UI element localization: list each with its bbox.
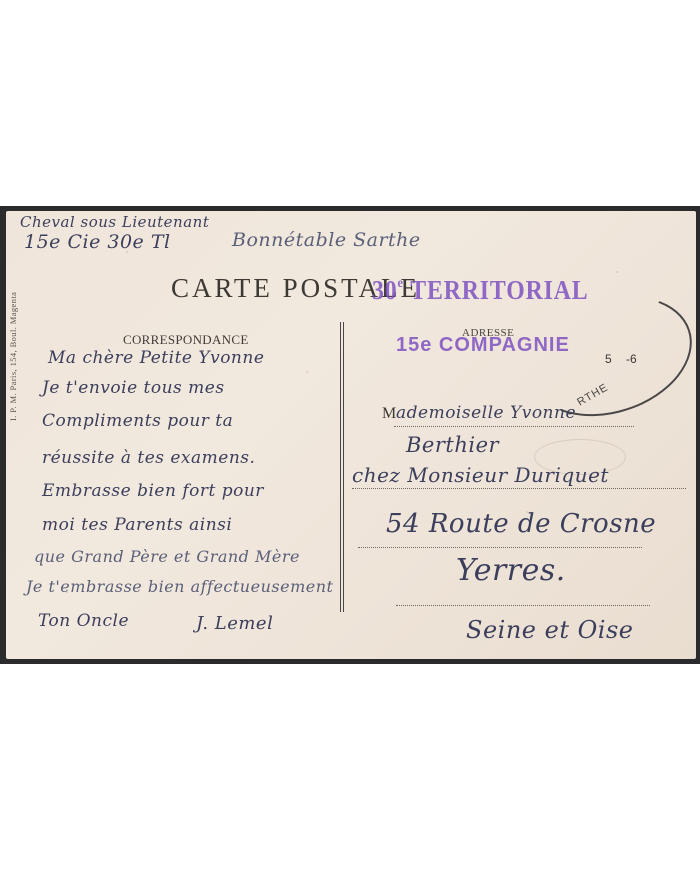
message-line: Je t'envoie tous mes	[42, 378, 225, 398]
sender-unit-note: 15e Cie 30e Tl	[24, 231, 171, 253]
message-line: moi tes Parents ainsi	[42, 515, 232, 535]
address-dotted-line	[394, 426, 634, 427]
postcard: Cheval sous Lieutenant 15e Cie 30e Tl Bo…	[0, 206, 700, 664]
message-line: réussite à tes examens.	[42, 448, 255, 468]
divider-line	[340, 322, 344, 612]
address-line: Seine et Oise	[466, 616, 633, 644]
message-line: que Grand Père et Grand Mère	[34, 547, 300, 566]
correspondence-label: CORRESPONDANCE	[123, 332, 249, 348]
postmark-month: -6	[626, 352, 637, 366]
postmark-day: 5	[605, 352, 612, 366]
message-line: Compliments pour ta	[42, 411, 233, 431]
address-dotted-line	[358, 547, 642, 548]
address-dotted-line	[396, 605, 650, 606]
address-dotted-line	[352, 488, 686, 489]
message-line: Ton Oncle	[38, 611, 129, 631]
message-line: Embrasse bien fort pour	[42, 481, 264, 501]
salutation-prefix: M	[382, 405, 396, 423]
address-line: chez Monsieur Duriquet	[352, 463, 609, 487]
printer-imprint: I. P. M. Paris, 154, Boul. Magenta	[8, 292, 18, 421]
address-line: ademoiselle Yvonne	[396, 403, 576, 423]
sender-place-note: Bonnétable Sarthe	[232, 229, 421, 251]
message-line: Je t'embrasse bien affectueusement	[26, 577, 333, 596]
sender-rank-note: Cheval sous Lieutenant	[20, 213, 209, 231]
message-line: Ma chère Petite Yvonne	[48, 348, 264, 368]
signature: J. Lemel	[196, 613, 273, 634]
postcard-back: Cheval sous Lieutenant 15e Cie 30e Tl Bo…	[6, 211, 696, 659]
unit-cachet-line1: 30e TERRITORIAL	[372, 275, 589, 306]
address-line: Berthier	[406, 433, 499, 457]
address-line: Yerres.	[456, 553, 566, 588]
address-line: 54 Route de Crosne	[386, 509, 656, 539]
